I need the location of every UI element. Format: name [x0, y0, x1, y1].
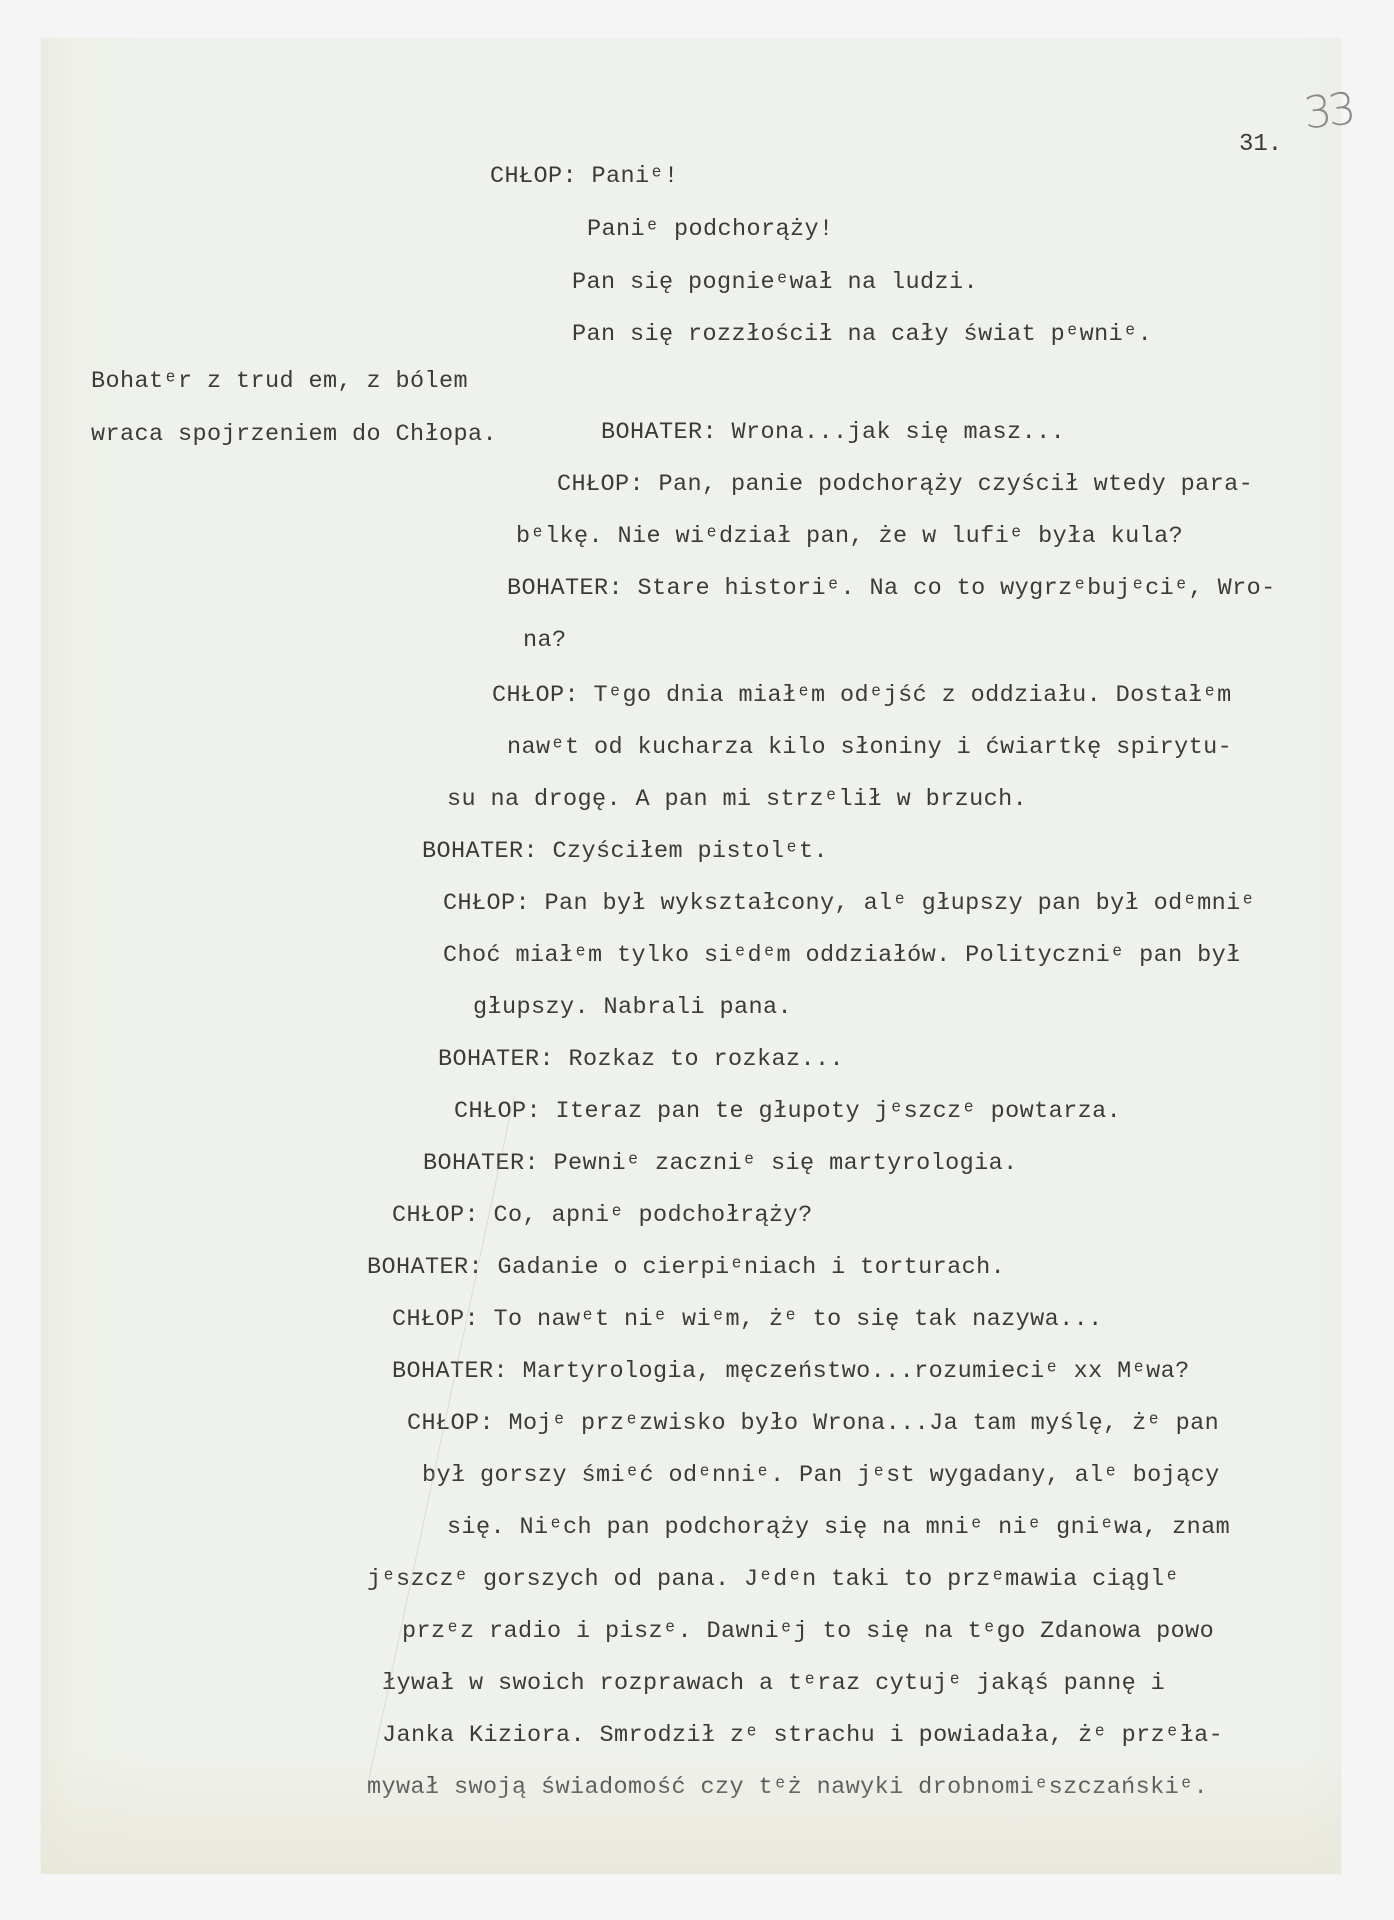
dialogue-line: mywał swoją świadomość czy tᵉż nawyki dr…	[367, 1776, 1208, 1800]
dialogue-line: CHŁOP: Iteraz pan te głupoty jᵉszczᵉ pow…	[454, 1100, 1121, 1124]
dialogue-line: CHŁOP: Co, apniᵉ podchołrąży?	[392, 1204, 813, 1228]
dialogue-line: bᵉlkę. Nie wiᵉdział pan, że w lufiᵉ była…	[516, 525, 1183, 549]
dialogue-line: CHŁOP: Paniᵉ!	[490, 165, 679, 189]
dialogue-line: na?	[523, 629, 567, 653]
dialogue-line: BOHATER: Gadanie o cierpiᵉniach i tortur…	[367, 1256, 1005, 1280]
typewritten-page: 31. 33 Bohatᵉr z trud em, z bólem wraca …	[41, 38, 1341, 1874]
dialogue-line: BOHATER: Wrona...jak się masz...	[601, 421, 1065, 445]
dialogue-line: BOHATER: Rozkaz to rozkaz...	[438, 1048, 844, 1072]
dialogue-line: Pan się pognieᵉwał na ludzi.	[572, 271, 978, 295]
dialogue-line: CHŁOP: Pan był wykształcony, alᵉ głupszy…	[443, 892, 1255, 916]
dialogue-line: był gorszy śmiᵉć odᵉnniᵉ. Pan jᵉst wygad…	[422, 1464, 1220, 1488]
dialogue-line: CHŁOP: Pan, panie podchorąży czyścił wte…	[557, 473, 1253, 497]
dialogue-line: ływał w swoich rozprawach a tᵉraz cytujᵉ…	[382, 1672, 1165, 1696]
dialogue-line: Pan się rozzłościł na cały świat pᵉwniᵉ.	[572, 323, 1152, 347]
dialogue-line: CHŁOP: Mojᵉ przᵉzwisko było Wrona...Ja t…	[407, 1412, 1219, 1436]
stage-direction-line-2: wraca spojrzeniem do Chłopa.	[91, 421, 497, 448]
dialogue-line: Paniᵉ podchorąży!	[587, 218, 834, 242]
dialogue-line: jᵉszczᵉ gorszych od pana. Jᵉdᵉn taki to …	[367, 1568, 1179, 1592]
dialogue-line: BOHATER: Pewniᵉ zaczniᵉ się martyrologia…	[423, 1152, 1018, 1176]
dialogue-line: BOHATER: Stare historiᵉ. Na co to wygrzᵉ…	[507, 577, 1276, 601]
dialogue-line: przᵉz radio i piszᵉ. Dawniᵉj to się na t…	[402, 1620, 1214, 1644]
stage-direction-line-1: Bohatᵉr z trud em, z bólem	[91, 368, 468, 395]
dialogue-line: się. Niᵉch pan podchorąży się na mniᵉ ni…	[447, 1516, 1230, 1540]
dialogue-line: nawᵉt od kucharza kilo słoniny i ćwiartk…	[507, 736, 1232, 760]
dialogue-line: BOHATER: Martyrologia, męczeństwo...rozu…	[392, 1360, 1190, 1384]
dialogue-line: BOHATER: Czyściłem pistolᵉt.	[422, 840, 828, 864]
handwritten-page-number: 33	[1301, 84, 1354, 140]
dialogue-line: CHŁOP: Tᵉgo dnia miałᵉm odᵉjść z oddział…	[492, 684, 1232, 708]
dialogue-line: CHŁOP: To nawᵉt niᵉ wiᵉm, żᵉ to się tak …	[392, 1308, 1103, 1332]
dialogue-line: Janka Kiziora. Smrodził zᵉ strachu i pow…	[382, 1724, 1223, 1748]
page-number: 31.	[1239, 131, 1282, 158]
dialogue-line: su na drogę. A pan mi strzᵉlił w brzuch.	[447, 788, 1027, 812]
dialogue-line: głupszy. Nabrali pana.	[473, 996, 792, 1020]
dialogue-line: Choć miałᵉm tylko siᵉdᵉm oddziałów. Poli…	[443, 944, 1241, 968]
